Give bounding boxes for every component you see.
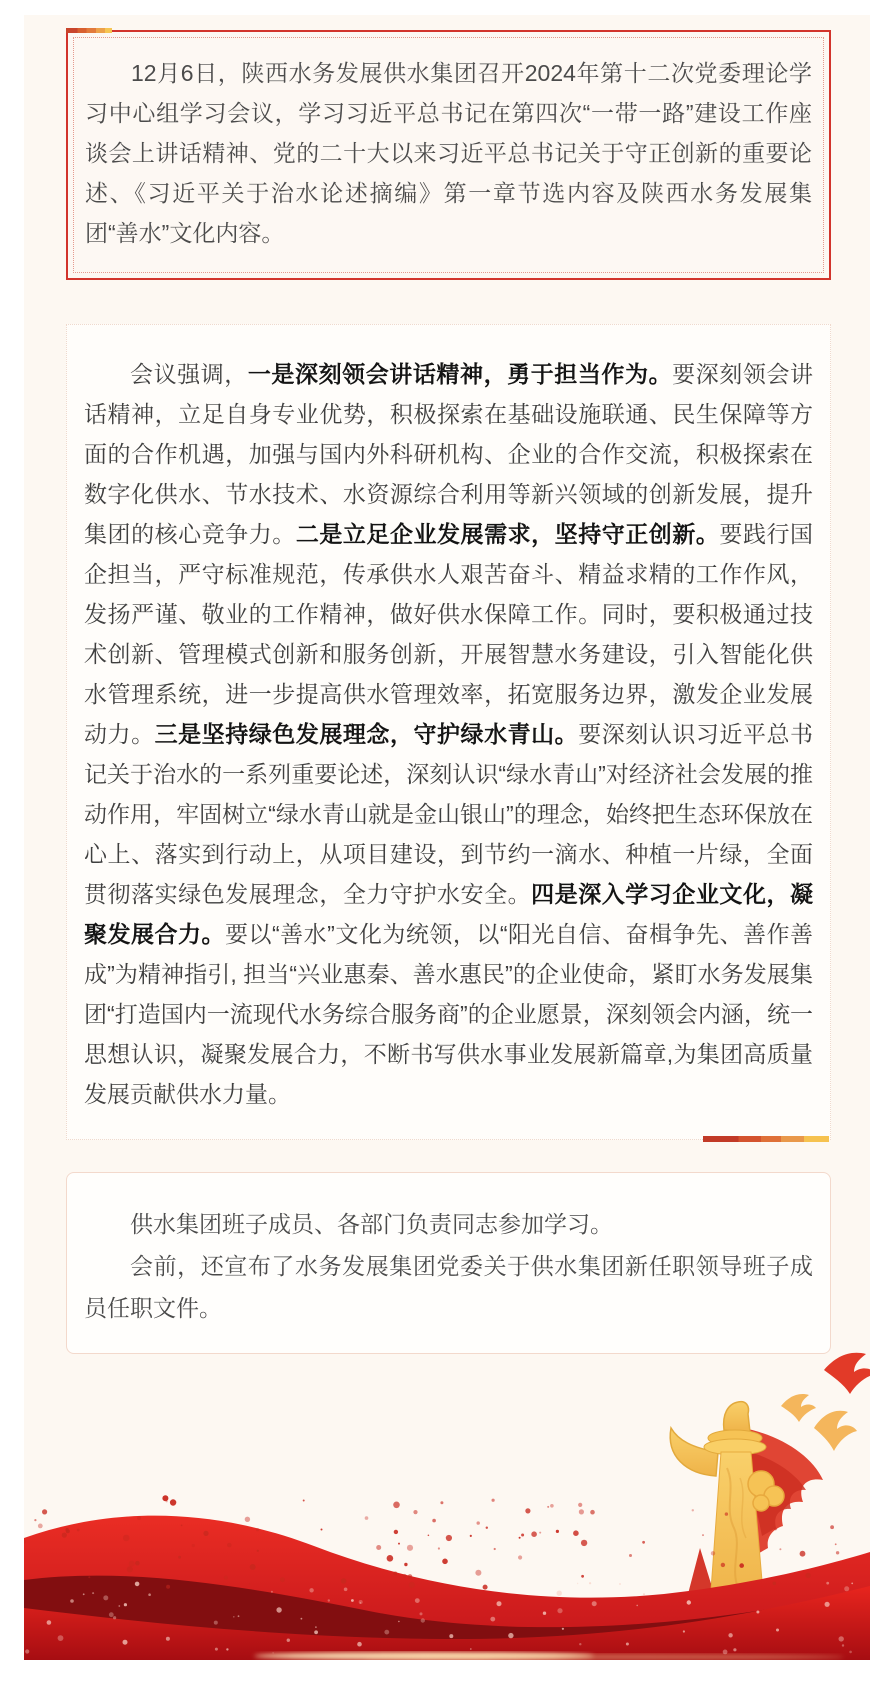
huabiao-column-icon	[670, 1402, 784, 1604]
body-text: 要以“善水”文化为统领，以“阳光自信、奋楫争先、善作善成”为精神指引, 担当“兴…	[84, 921, 813, 1107]
emphasis-text: 一是深刻领会讲话精神，勇于担当作为。	[248, 361, 672, 387]
article-body: 12月6日，陕西水务发展供水集团召开2024年第十二次党委理论学习中心组学习会议…	[24, 15, 870, 1660]
bottom-decoration	[24, 1348, 870, 1660]
dove-icon	[824, 1353, 870, 1394]
intro-paragraph: 12月6日，陕西水务发展供水集团召开2024年第十二次党委理论学习中心组学习会议…	[85, 53, 812, 253]
intro-box-inner: 12月6日，陕西水务发展供水集团召开2024年第十二次党委理论学习中心组学习会议…	[73, 37, 824, 273]
body-text: 要践行国企担当，严守标准规范，传承供水人艰苦奋斗、精益求精的工作作风，发扬严谨、…	[84, 521, 813, 747]
footer-paragraph: 供水集团班子成员、各部门负责同志参加学习。	[84, 1203, 813, 1245]
body-text: 会议强调，	[130, 361, 248, 387]
main-content-box: 会议强调，一是深刻领会讲话精神，勇于担当作为。要深刻领会讲话精神，立足自身专业优…	[66, 324, 831, 1140]
page-bottom-margin	[0, 1660, 894, 1682]
emphasis-text: 二是立足企业发展需求，坚持守正创新。	[296, 521, 720, 547]
gradient-accent-bar	[703, 1136, 829, 1142]
dove-icon	[781, 1394, 857, 1451]
body-text: 要深刻领会讲话精神，立足自身专业优势，积极探索在基础设施联通、民生保障等方面的合…	[84, 361, 813, 547]
bottom-glow	[364, 1654, 844, 1660]
footer-box: 供水集团班子成员、各部门负责同志参加学习。会前，还宣布了水务发展集团党委关于供水…	[66, 1172, 831, 1354]
body-text: 要深刻认识习近平总书记关于治水的一系列重要论述，深刻认识“绿水青山”对经济社会发…	[84, 721, 813, 907]
intro-box: 12月6日，陕西水务发展供水集团召开2024年第十二次党委理论学习中心组学习会议…	[66, 30, 831, 280]
main-paragraph: 会议强调，一是深刻领会讲话精神，勇于担当作为。要深刻领会讲话精神，立足自身专业优…	[84, 354, 813, 1114]
footer-paragraph: 会前，还宣布了水务发展集团党委关于供水集团新任职领导班子成员任职文件。	[84, 1245, 813, 1329]
emphasis-text: 三是坚持绿色发展理念，守护绿水青山。	[155, 721, 579, 747]
gradient-accent-bar	[66, 28, 112, 33]
